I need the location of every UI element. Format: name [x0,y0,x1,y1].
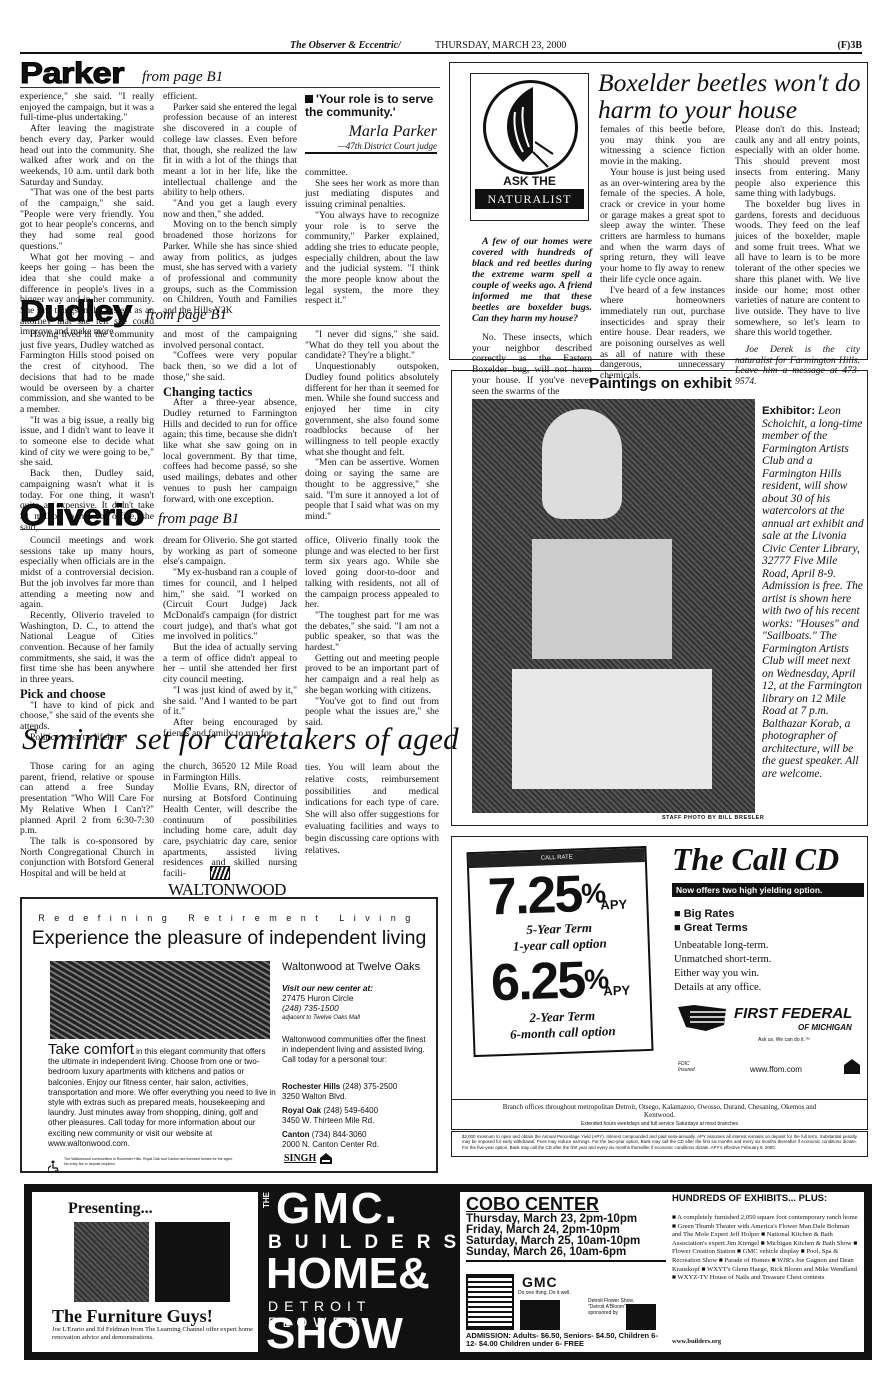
singh-logo: SINGH [284,1153,316,1164]
bank-slogan: Ask us. We can do it.™ [758,1037,810,1043]
square-bullet-icon [305,95,313,103]
equal-housing-icon [320,1153,332,1165]
pullquote-text: 'Your role is to serve the community.' [305,93,437,119]
waltonwood-ad: Redefining Retirement Living Experience … [20,897,438,1173]
issue-date: THURSDAY, MARCH 23, 2000 [435,40,566,51]
gmc-slogan: Do one thing. Do it well. [518,1290,571,1296]
seminar-col-2: the church, 36520 12 Mile Road in Farmin… [163,762,297,880]
waltonwood-tagline: Redefining Retirement Living [22,913,436,923]
naturalist-headline: Boxelder beetles won't do harm to your h… [598,69,864,123]
oliverio-col-1: Council meetings and work sessions take … [20,536,154,743]
waltonwood-locations: Rochester Hills (248) 375-2500 3250 Walt… [282,1082,432,1150]
paintings-caption: Exhibitor: Leon Schoichit, a long-time m… [762,405,864,780]
parker-pullquote: 'Your role is to serve the community.' M… [305,93,437,154]
builders-show-logo: THE GMC. BUILDERS HOME& DETROIT FLOWER S… [260,1184,458,1360]
photo-credit: STAFF PHOTO BY BILL BRESLER [662,815,764,821]
apy-1: APY [600,897,627,913]
quote-title: —47th District Court judge [305,141,437,154]
dudley-jump-label: from page B1 [146,307,227,324]
seminar-headline: Seminar set for caretakers of aged [22,722,459,756]
quote-name: Marla Parker [305,123,437,141]
venue-name: COBO CENTER [466,1194,599,1215]
builders-website[interactable]: www.builders.org [672,1338,721,1345]
fdic-label: FDIC Insured [678,1061,700,1073]
page-number: (F)3B [838,40,862,51]
hours-text: Extended hours weekdays and full service… [452,1121,867,1127]
ask-the-naturalist-box: ASK THE NATURALIST Boxelder beetles won'… [449,62,868,360]
sailboats-painting [512,669,712,789]
pick-and-choose-subhead: Pick and choose [20,689,154,700]
twelve-oaks-title: Waltonwood at Twelve Oaks [282,961,432,973]
naturalist-logo: ASK THE NATURALIST [470,73,589,221]
gmc-logo: GMC [522,1274,558,1290]
fine-print: $2,000 minimum to open and obtain the An… [452,1132,867,1152]
call-cd-banner: Now offers two high yielding option. [672,883,864,897]
dudley-jump-head: Dudley from page B1 [20,298,440,326]
dudley-col-2: and most of the campaigning involved per… [163,330,297,505]
paintings-box: Paintings on exhibit STAFF PHOTO BY BILL… [451,370,868,826]
call-cd-bullets: ■ Big Rates ■ Great Terms [674,907,748,935]
rate-2: 6.25% [490,953,608,1009]
presenting-label: Presenting... [68,1200,153,1218]
bank-name: FIRST FEDERAL [734,1005,852,1022]
dudley-heading: Dudley [20,298,132,326]
parker-col-3: committee.She sees her work as more than… [305,168,439,307]
bank-sub: OF MICHIGAN [798,1023,852,1032]
waltonwood-headline: Experience the pleasure of independent l… [22,927,436,950]
parker-heading: Parker [20,60,124,88]
oliverio-jump-label: from page B1 [158,511,239,528]
rate-sign: CALL RATE 7.25% APY 5-Year Term 1-year c… [466,846,653,1057]
logo-show: SHOW [266,1312,403,1356]
parker-jump-label: from page B1 [142,69,223,86]
sponsor-logo [626,1304,656,1330]
logo-ask-the: ASK THE [471,174,588,188]
oliverio-heading: Oliverio [20,502,144,530]
masthead: The Observer & Eccentric/ THURSDAY, MARC… [20,40,862,54]
branches-text: Branch offices throughout metropolitan D… [452,1103,867,1119]
waltonwood-emblem-icon [210,866,230,880]
parker-col-2: efficient.Parker said she entered the le… [163,92,297,317]
guy-2-photo [155,1222,230,1302]
communities-text: Waltonwood communities offer the finest … [282,1035,432,1066]
logo-gmc: GMC. [276,1186,399,1232]
us-flag-map-icon [676,1003,728,1033]
seminar-col-1: Those caring for an aging parent, friend… [20,762,154,880]
admission-info: ADMISSION: Adults- $6.50, Seniors- $4.50… [466,1332,662,1348]
butterfly-icon [493,82,563,172]
furniture-guys-text: Joe L'Erario and Ed Feldman from The Lea… [52,1326,257,1342]
logo-home: HOME& [266,1252,430,1296]
home-show-house-logo [466,1274,514,1330]
twelve-oaks-info: Visit our new center at: 27475 Huron Cir… [282,983,432,1023]
naturalist-question: A few of our homes were covered with hun… [472,236,592,324]
call-cd-ad: CALL RATE 7.25% APY 5-Year Term 1-year c… [451,836,868,1100]
furniture-guys-panel: Presenting... The Furniture Guys! Joe L'… [32,1192,258,1352]
exhibits-title: HUNDREDS OF EXHIBITS... PLUS: [672,1194,860,1203]
dudley-col-3: "I never did signs," she said. "What do … [305,330,439,523]
furniture-guys-title: The Furniture Guys! [52,1306,213,1327]
guy-1-photo [74,1222,149,1302]
seminar-col-3: ties. You will learn about the relative … [305,762,439,856]
rate-1: 7.25% [487,867,605,923]
call-cd-title: The Call CD [672,841,839,878]
branches-bar: Branch offices throughout metropolitan D… [451,1100,868,1130]
accessibility-icon [48,1157,60,1169]
paper-title: The Observer & Eccentric/ [290,40,401,51]
logo-naturalist: NATURALIST [475,189,584,209]
waltonwood-photo [50,961,270,1039]
waltonwood-disclaimer: The Waltonwood communities in Rochester … [64,1157,234,1166]
artist-figure [542,409,622,519]
naturalist-col-3: Please don't do this. Instead; caulk any… [735,125,860,388]
changing-tactics-subhead: Changing tactics [163,387,297,398]
parker-jump-head: Parker from page B1 [20,60,440,88]
oliverio-jump-head: Oliverio from page B1 [20,502,440,530]
show-dates: Thursday, March 23, 2pm-10pmFriday, Marc… [466,1214,666,1262]
gmc-home-show-ad: Presenting... The Furniture Guys! Joe L'… [24,1184,872,1360]
call-cd-lines: Unbeatable long-term.Unmatched short-ter… [674,939,771,995]
exhibit-photo [472,399,755,813]
exhibits-list: ■ A completely furnished 2,050 square fo… [672,1214,860,1283]
equal-housing-icon [844,1059,860,1075]
bank-website[interactable]: www.ffom.com [750,1065,802,1074]
houses-painting [532,539,672,659]
logo-the: THE [262,1192,271,1208]
apy-2: APY [603,983,630,999]
oliverio-col-2: dream for Oliverio. She got started by w… [163,536,297,739]
fine-print-box: $2,000 minimum to open and obtain the An… [451,1131,868,1157]
waltonwood-body: Take comfort in this elegant community t… [48,1045,278,1149]
paintings-title: Paintings on exhibit [452,375,869,392]
oliverio-col-3: office, Oliverio finally took the plunge… [305,536,439,729]
national-home-garden-logo [520,1300,560,1330]
show-info-panel: COBO CENTER Thursday, March 23, 2pm-10pm… [460,1192,864,1352]
naturalist-col-2: females of this beetle before, you may t… [600,125,725,382]
